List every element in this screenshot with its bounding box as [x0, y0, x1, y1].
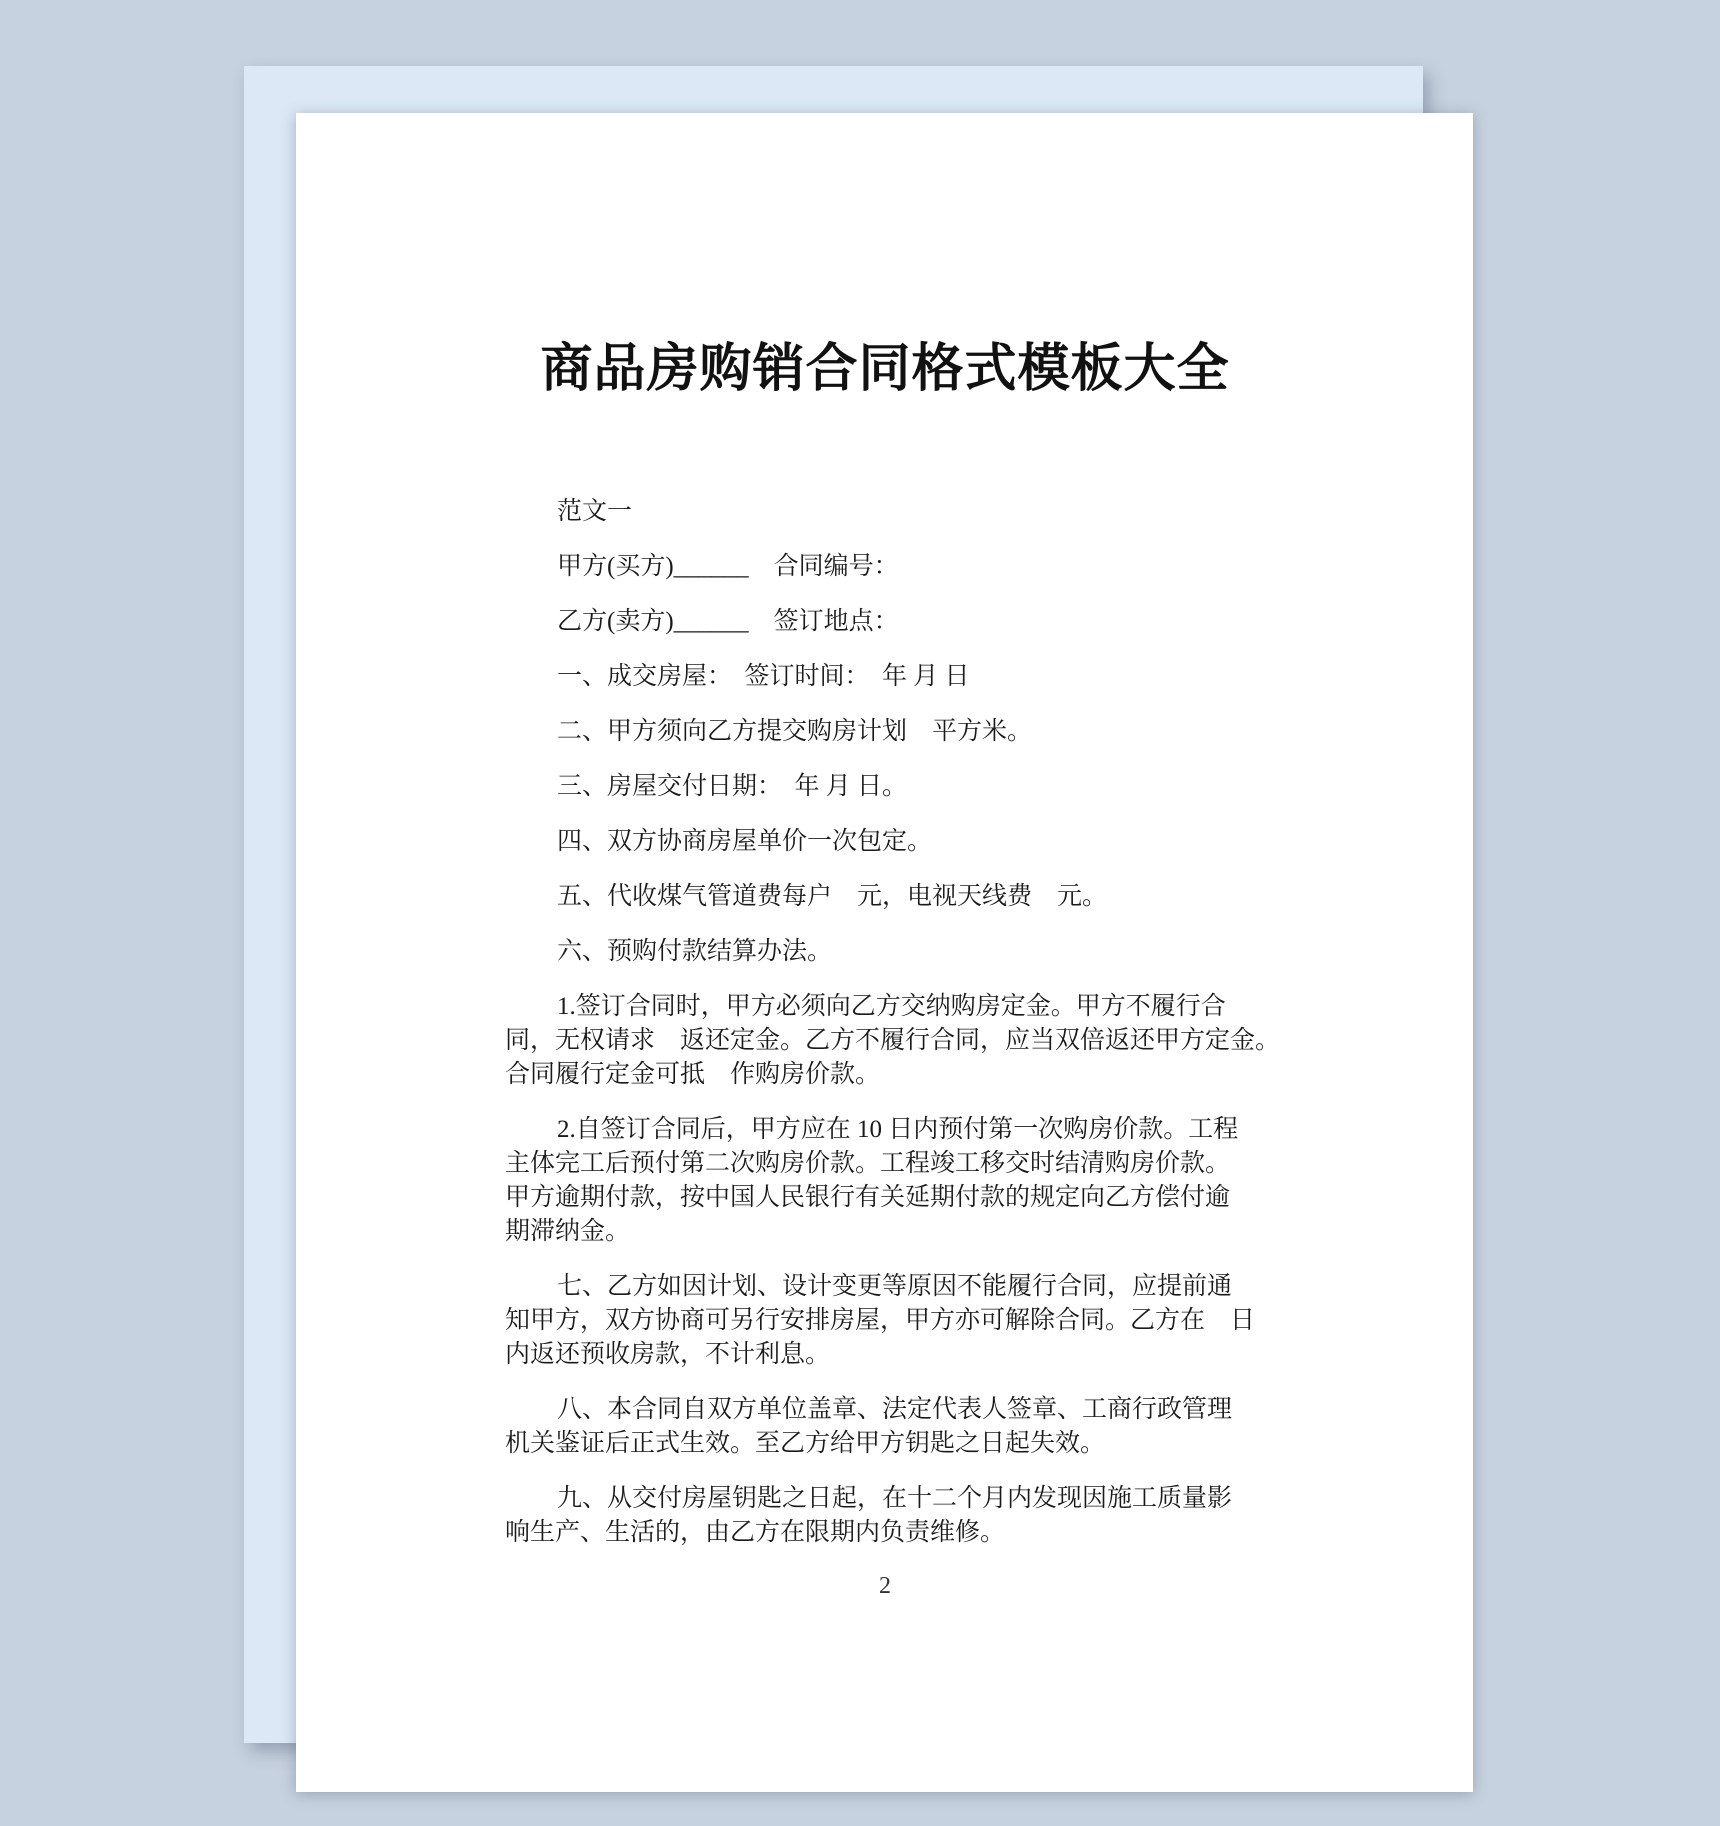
text-line: 八、本合同自双方单位盖章、法定代表人签章、工商行政管理: [505, 1393, 1265, 1427]
desktop-background: 商品房购销合同格式模板大全 范文一 甲方(买方)______ 合同编号： 乙方(…: [0, 0, 1720, 1826]
paragraph: 2.自签订合同后，甲方应在 10 日内预付第一次购房价款。工程 主体完工后预付第…: [505, 1113, 1265, 1249]
paragraph: 三、房屋交付日期： 年 月 日。: [505, 770, 1265, 804]
text-line: 内返还预收房款，不计利息。: [505, 1338, 1265, 1372]
paragraph: 乙方(卖方)______ 签订地点：: [505, 605, 1265, 639]
paragraph: 范文一: [505, 495, 1265, 529]
text-line: 甲方(买方)______ 合同编号：: [505, 550, 1265, 584]
document-page: 商品房购销合同格式模板大全 范文一 甲方(买方)______ 合同编号： 乙方(…: [296, 113, 1473, 1792]
text-line: 六、预购付款结算办法。: [505, 935, 1265, 969]
text-line: 期滞纳金。: [505, 1215, 1265, 1249]
text-line: 三、房屋交付日期： 年 月 日。: [505, 770, 1265, 804]
text-line: 乙方(卖方)______ 签订地点：: [505, 605, 1265, 639]
page-number: 2: [505, 1571, 1265, 1601]
text-line: 四、双方协商房屋单价一次包定。: [505, 825, 1265, 859]
paragraph: 八、本合同自双方单位盖章、法定代表人签章、工商行政管理 机关鉴证后正式生效。至乙…: [505, 1393, 1265, 1461]
text-line: 范文一: [505, 495, 1265, 529]
text-line: 甲方逾期付款，按中国人民银行有关延期付款的规定向乙方偿付逾: [505, 1181, 1265, 1215]
paragraph: 甲方(买方)______ 合同编号：: [505, 550, 1265, 584]
text-line: 机关鉴证后正式生效。至乙方给甲方钥匙之日起失效。: [505, 1427, 1265, 1461]
paragraph: 二、甲方须向乙方提交购房计划 平方米。: [505, 715, 1265, 749]
paragraph: 1.签订合同时，甲方必须向乙方交纳购房定金。甲方不履行合 同，无权请求 返还定金…: [505, 990, 1265, 1092]
paragraph: 四、双方协商房屋单价一次包定。: [505, 825, 1265, 859]
paragraph: 九、从交付房屋钥匙之日起，在十二个月内发现因施工质量影 响生产、生活的，由乙方在…: [505, 1482, 1265, 1550]
text-line: 二、甲方须向乙方提交购房计划 平方米。: [505, 715, 1265, 749]
text-line: 合同履行定金可抵 作购房价款。: [505, 1058, 1265, 1092]
text-line: 1.签订合同时，甲方必须向乙方交纳购房定金。甲方不履行合: [505, 990, 1265, 1024]
document-title: 商品房购销合同格式模板大全: [505, 338, 1265, 400]
text-line: 五、代收煤气管道费每户 元，电视天线费 元。: [505, 880, 1265, 914]
text-line: 一、成交房屋： 签订时间： 年 月 日: [505, 660, 1265, 694]
paragraph: 六、预购付款结算办法。: [505, 935, 1265, 969]
paragraph: 一、成交房屋： 签订时间： 年 月 日: [505, 660, 1265, 694]
text-line: 七、乙方如因计划、设计变更等原因不能履行合同，应提前通: [505, 1270, 1265, 1304]
text-line: 同，无权请求 返还定金。乙方不履行合同，应当双倍返还甲方定金。: [505, 1024, 1265, 1058]
text-line: 主体完工后预付第二次购房价款。工程竣工移交时结清购房价款。: [505, 1147, 1265, 1181]
paragraph: 七、乙方如因计划、设计变更等原因不能履行合同，应提前通 知甲方，双方协商可另行安…: [505, 1270, 1265, 1372]
text-line: 响生产、生活的，由乙方在限期内负责维修。: [505, 1516, 1265, 1550]
text-line: 九、从交付房屋钥匙之日起，在十二个月内发现因施工质量影: [505, 1482, 1265, 1516]
text-line: 2.自签订合同后，甲方应在 10 日内预付第一次购房价款。工程: [505, 1113, 1265, 1147]
paragraph: 五、代收煤气管道费每户 元，电视天线费 元。: [505, 880, 1265, 914]
text-line: 知甲方，双方协商可另行安排房屋，甲方亦可解除合同。乙方在 日: [505, 1304, 1265, 1338]
